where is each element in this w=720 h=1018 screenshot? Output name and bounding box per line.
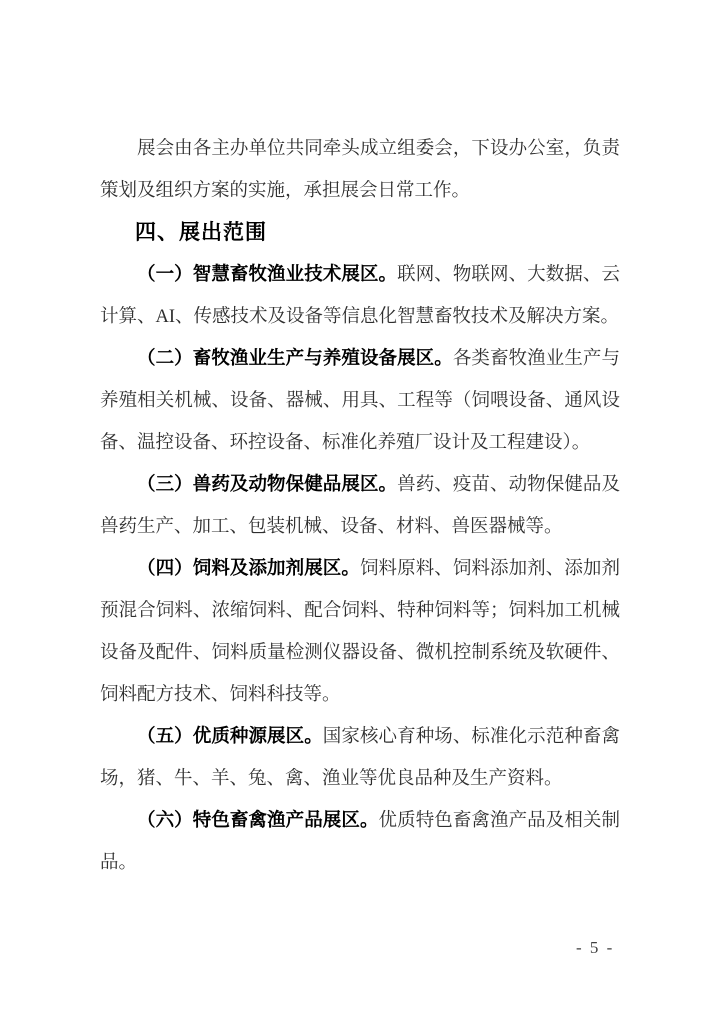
intro-paragraph: 展会由各主办单位共同牵头成立组委会，下设办公室，负责策划及组织方案的实施，承担展… xyxy=(100,128,620,212)
document-body: 展会由各主办单位共同牵头成立组委会，下设办公室，负责策划及组织方案的实施，承担展… xyxy=(100,128,620,884)
exhibit-section-5: （五）优质种源展区。国家核心育种场、标准化示范种畜禽场，猪、牛、羊、兔、禽、渔业… xyxy=(100,716,620,800)
section-5-lead: （五）优质种源展区。 xyxy=(137,727,323,747)
section-1-lead: （一）智慧畜牧渔业技术展区。 xyxy=(137,265,397,285)
document-page: 展会由各主办单位共同牵头成立组委会，下设办公室，负责策划及组织方案的实施，承担展… xyxy=(0,0,720,1018)
section-6-lead: （六）特色畜禽渔产品展区。 xyxy=(137,811,379,831)
section-3-lead: （三）兽药及动物保健品展区。 xyxy=(137,475,397,495)
section-2-lead: （二）畜牧渔业生产与养殖设备展区。 xyxy=(137,349,453,369)
exhibit-section-2: （二）畜牧渔业生产与养殖设备展区。各类畜牧渔业生产与养殖相关机械、设备、器械、用… xyxy=(100,338,620,464)
exhibit-section-6: （六）特色畜禽渔产品展区。优质特色畜禽渔产品及相关制品。 xyxy=(100,800,620,884)
section-4-lead: （四）饲料及添加剂展区。 xyxy=(137,559,360,579)
section-heading: 四、展出范围 xyxy=(100,212,620,254)
section-4-body: 饲料原料、饲料添加剂、添加剂预混合饲料、浓缩饲料、配合饲料、特种饲料等；饲料加工… xyxy=(100,559,620,705)
page-number: - 5 - xyxy=(576,938,614,958)
exhibit-section-1: （一）智慧畜牧渔业技术展区。联网、物联网、大数据、云计算、AI、传感技术及设备等… xyxy=(100,254,620,338)
exhibit-section-3: （三）兽药及动物保健品展区。兽药、疫苗、动物保健品及兽药生产、加工、包装机械、设… xyxy=(100,464,620,548)
exhibit-section-4: （四）饲料及添加剂展区。饲料原料、饲料添加剂、添加剂预混合饲料、浓缩饲料、配合饲… xyxy=(100,548,620,716)
